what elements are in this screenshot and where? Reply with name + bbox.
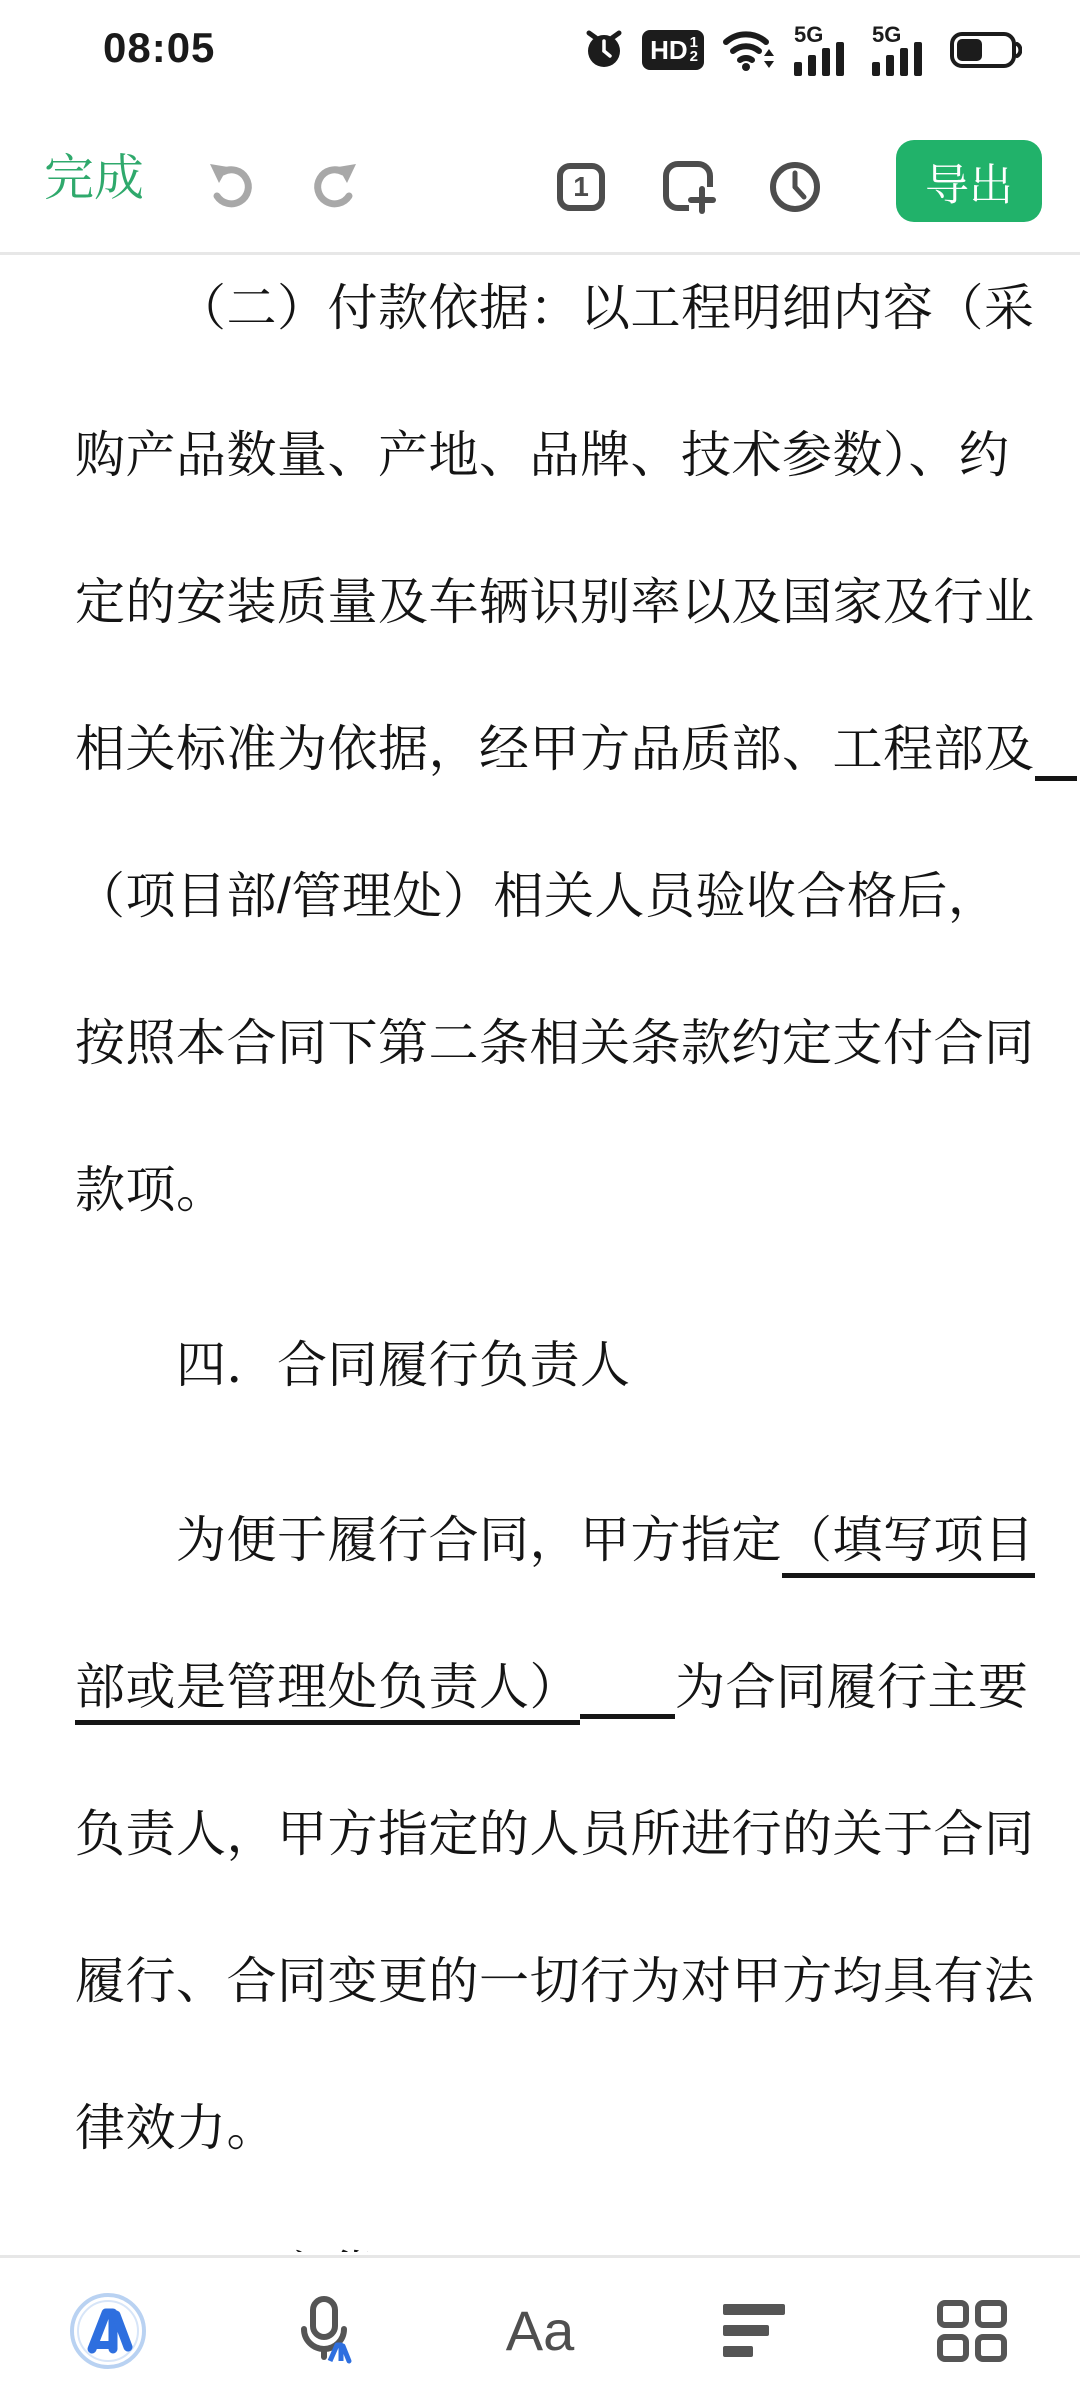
underlined-text-segment: 部或是管理处负责人） <box>75 1659 580 1725</box>
text-segment: 相关标准为依据，经甲方品质部、工程部及 <box>75 721 1035 777</box>
redo-icon <box>302 154 364 216</box>
export-button[interactable]: 导出 <box>896 140 1042 222</box>
battery-icon <box>950 31 1022 69</box>
undo-button[interactable] <box>198 150 268 220</box>
status-bar: 08:05 HD 1 2 <box>0 0 1080 100</box>
text-segment: 四．合同履行负责人 <box>176 1337 631 1393</box>
text-segment: 定的安装质量及车辆识别率以及国家及行业 <box>75 574 1035 630</box>
wifi-icon <box>720 24 778 77</box>
document-line: （项目部/管理处）相关人员验收合格后， <box>75 856 1040 918</box>
document-line: 四．合同履行负责人 <box>75 1325 1080 1387</box>
edit-toolbar: 完成 1 <box>0 100 1080 252</box>
document-line: （二）付款依据：以工程明细内容（采 <box>75 268 1080 330</box>
page-number-button[interactable]: 1 <box>546 152 616 222</box>
text-segment: 为合同履行主要 <box>675 1659 1029 1715</box>
document-line: 款项。 <box>75 1150 1040 1212</box>
add-page-button[interactable] <box>654 152 724 222</box>
font-settings-button[interactable]: Aa <box>432 2258 648 2400</box>
document-line: 定的安装质量及车辆识别率以及国家及行业 <box>75 562 1040 624</box>
document-line: 部或是管理处负责人）为合同履行主要 <box>75 1647 1040 1709</box>
text-segment: 履行、合同变更的一切行为对甲方均具有法 <box>75 1953 1035 2009</box>
undo-icon <box>202 154 264 216</box>
redo-button[interactable] <box>298 150 368 220</box>
document-line: 为便于履行合同，甲方指定（填写项目 <box>75 1500 1080 1562</box>
text-segment: 为便于履行合同，甲方指定 <box>176 1512 782 1568</box>
ai-assistant-button[interactable] <box>0 2258 216 2400</box>
align-left-icon <box>721 2302 791 2360</box>
document-editor-screen: 08:05 HD 1 2 <box>0 0 1080 2400</box>
clock-time: 08:05 <box>103 24 215 72</box>
add-page-icon <box>661 159 717 215</box>
alarm-clock-icon <box>582 26 626 75</box>
text-segment: 负责人，甲方指定的人员所进行的关于合同 <box>75 1806 1035 1862</box>
page-number-icon: 1 <box>557 163 605 211</box>
fill-in-blank-underline <box>580 1664 675 1719</box>
document-line: 负责人，甲方指定的人员所进行的关于合同 <box>75 1794 1040 1856</box>
text-segment: （二）付款依据：以工程明细内容（采 <box>176 280 1035 336</box>
bottom-toolbar: Aa <box>0 2255 1080 2400</box>
hd-volte-icon: HD 1 2 <box>642 30 704 70</box>
document-canvas[interactable]: （二）付款依据：以工程明细内容（采购产品数量、产地、品牌、技术参数）、约定的安装… <box>0 255 1080 2252</box>
signal-5g-sim2-icon: 5G <box>872 24 934 76</box>
done-button[interactable]: 完成 <box>44 138 144 210</box>
document-line: 按照本合同下第二条相关条款约定支付合同 <box>75 1003 1040 1065</box>
document-line: 律效力。 <box>75 2088 1040 2150</box>
underlined-text-segment: （填写项目 <box>782 1512 1035 1578</box>
text-segment: 按照本合同下第二条相关条款约定支付合同 <box>75 1015 1035 1071</box>
signal-5g-sim1-icon: 5G <box>794 24 856 76</box>
document-line: 履行、合同变更的一切行为对甲方均具有法 <box>75 1941 1040 2003</box>
history-button[interactable] <box>760 152 830 222</box>
grid-icon <box>936 2299 1008 2363</box>
text-segment: （项目部/管理处）相关人员验收合格后， <box>75 868 998 924</box>
text-segment: 购产品数量、产地、品牌、技术参数）、约 <box>75 427 1010 483</box>
text-segment: 五．交货 <box>176 2247 378 2252</box>
voice-input-button[interactable] <box>216 2258 432 2400</box>
ai-assistant-logo-icon <box>66 2289 150 2373</box>
document-line: 购产品数量、产地、品牌、技术参数）、约 <box>75 415 1040 477</box>
document-line: 相关标准为依据，经甲方品质部、工程部及 <box>75 709 1040 771</box>
text-segment: 款项。 <box>75 1162 227 1218</box>
font-settings-icon: Aa <box>506 2298 575 2363</box>
paragraph-align-button[interactable] <box>648 2258 864 2400</box>
voice-input-mic-icon <box>282 2289 366 2373</box>
document-line: 五．交货 <box>75 2235 1080 2252</box>
tools-grid-button[interactable] <box>864 2258 1080 2400</box>
text-segment: 律效力。 <box>75 2100 277 2156</box>
fill-in-blank-underline <box>1035 726 1077 781</box>
status-icons: HD 1 2 5G <box>582 0 1022 100</box>
history-clock-icon <box>768 160 822 214</box>
